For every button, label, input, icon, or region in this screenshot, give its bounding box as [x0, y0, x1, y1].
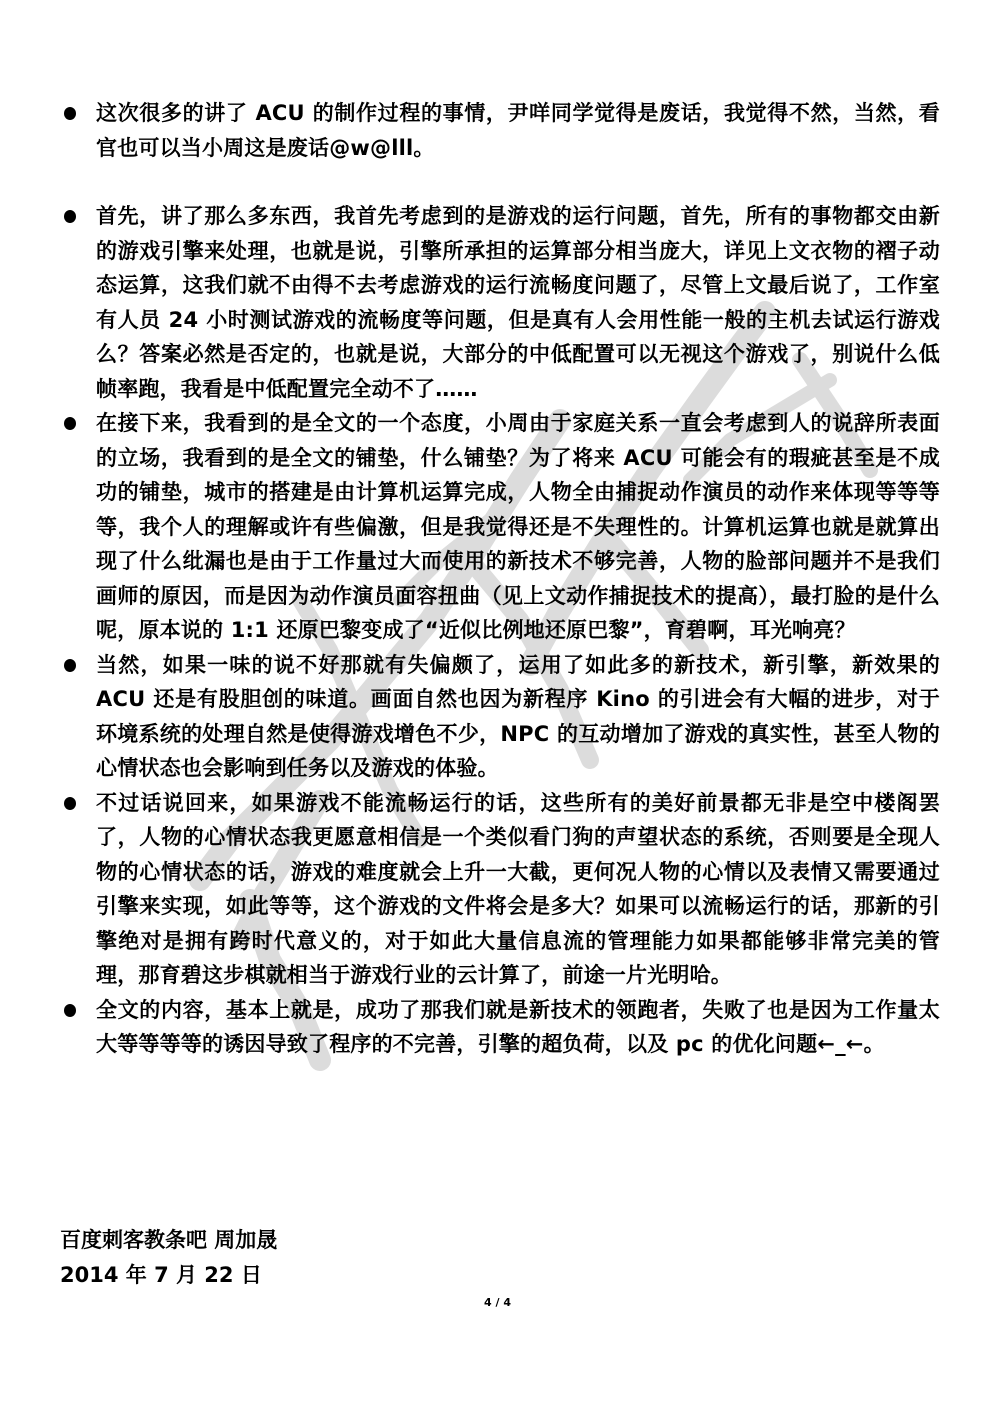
signature-block: 百度刺客教条吧 周加晟 2014 年 7 月 22 日: [60, 1223, 277, 1293]
signature-date: 2014 年 7 月 22 日: [60, 1258, 277, 1293]
bullet-dot-icon: [64, 797, 76, 810]
signature-author: 百度刺客教条吧 周加晟: [60, 1223, 277, 1258]
bullet-item: 全文的内容，基本上就是，成功了那我们就是新技术的领跑者，失败了也是因为工作量太大…: [60, 993, 940, 1062]
bullet-text: 首先，讲了那么多东西，我首先考虑到的是游戏的运行问题，首先，所有的事物都交由新的…: [96, 204, 940, 401]
bullet-dot-icon: [64, 659, 76, 672]
bullet-item: 不过话说回来，如果游戏不能流畅运行的话，这些所有的美好前景都无非是空中楼阁罢了，…: [60, 786, 940, 993]
bullet-dot-icon: [64, 107, 76, 120]
bullet-text: 在接下来，我看到的是全文的一个态度，小周由于家庭关系一直会考虑到人的说辞所表面的…: [96, 411, 940, 642]
bullet-dot-icon: [64, 1004, 76, 1017]
bullet-item: 在接下来，我看到的是全文的一个态度，小周由于家庭关系一直会考虑到人的说辞所表面的…: [60, 406, 940, 648]
bullet-item: 这次很多的讲了 ACU 的制作过程的事情，尹咩同学觉得是废话，我觉得不然，当然，…: [60, 96, 940, 165]
bullet-text: 当然，如果一味的说不好那就有失偏颇了，运用了如此多的新技术，新引擎，新效果的 A…: [96, 653, 940, 781]
bullet-list: 这次很多的讲了 ACU 的制作过程的事情，尹咩同学觉得是废话，我觉得不然，当然，…: [60, 96, 940, 1062]
document-page: 这次很多的讲了 ACU 的制作过程的事情，尹咩同学觉得是废话，我觉得不然，当然，…: [0, 0, 1000, 1414]
bullet-text: 全文的内容，基本上就是，成功了那我们就是新技术的领跑者，失败了也是因为工作量太大…: [96, 998, 940, 1057]
bullet-dot-icon: [64, 210, 76, 223]
bullet-text: 这次很多的讲了 ACU 的制作过程的事情，尹咩同学觉得是废话，我觉得不然，当然，…: [96, 101, 940, 160]
bullet-dot-icon: [64, 417, 76, 430]
bullet-item: 当然，如果一味的说不好那就有失偏颇了，运用了如此多的新技术，新引擎，新效果的 A…: [60, 648, 940, 786]
page-number: 4 / 4: [484, 1296, 511, 1309]
bullet-item: 首先，讲了那么多东西，我首先考虑到的是游戏的运行问题，首先，所有的事物都交由新的…: [60, 199, 940, 406]
bullet-text: 不过话说回来，如果游戏不能流畅运行的话，这些所有的美好前景都无非是空中楼阁罢了，…: [96, 791, 940, 988]
